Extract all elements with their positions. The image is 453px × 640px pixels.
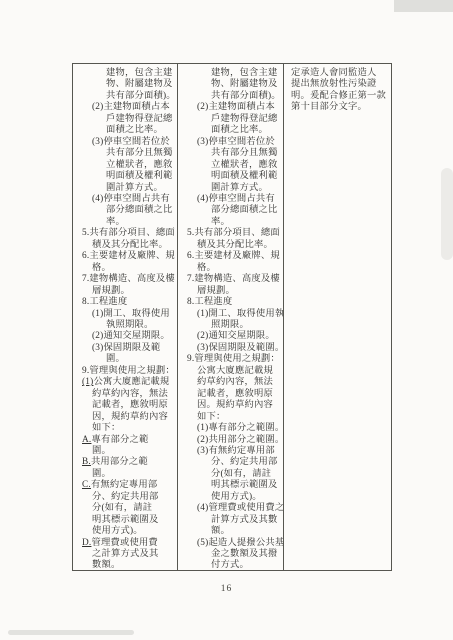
document-page: 建物，包含主建物、附屬建物及共有部分面積)。(2)主建物面積占本戶建物得登記總面…	[0, 0, 453, 640]
text-line: 執照期限。	[82, 320, 175, 331]
text-line: 積及其分配比率。	[187, 240, 281, 251]
text-line: (2)主建物面積占本	[82, 102, 175, 113]
text-line: 部分總面積之比	[82, 205, 175, 216]
column-current-text: 建物，包含主建物、附屬建物及共有部分面積)。(2)主建物面積占本戶建物得登記總面…	[178, 64, 284, 570]
text-line: (2)主建物面積占本	[187, 102, 281, 113]
text-line: 9.管理與使用之規劃：	[187, 354, 281, 365]
text-line: (3)保固期限及範圍。	[187, 343, 281, 354]
text-line: 分(如有，請註	[82, 503, 175, 514]
text-line: D.管理費或使用費	[82, 538, 175, 549]
text-line: (1)專有部分之範圍。	[187, 423, 281, 434]
scan-smudge-bottom-left	[8, 630, 134, 635]
text-line: 圍。	[82, 354, 175, 365]
text-line: 建物，包含主建	[82, 68, 175, 79]
text-line: 圍計算方式。	[187, 183, 281, 194]
text-line: 7.建物構造、高度及樓	[82, 274, 175, 285]
text-line: 物、附屬建物及	[187, 79, 281, 90]
text-line: 戶建物得登記總	[187, 114, 281, 125]
text-line: 共有部分面積)。	[82, 91, 175, 102]
text-line: 層規劃。	[82, 286, 175, 297]
text-line: 6.主要建材及廠牌、規	[82, 251, 175, 262]
text-line: B.共用部分之範	[82, 457, 175, 468]
text-line: 9.管理與使用之規劃：	[82, 366, 175, 377]
amendment-marker: B.	[82, 457, 91, 467]
text-line: 之計算方式及其	[82, 549, 175, 560]
scan-smudge-top-right	[394, 0, 453, 12]
text-line: 共有部分且無獨	[82, 148, 175, 159]
text-line: 分、約定共用部	[187, 457, 281, 468]
text-line: 金之數額及其撥	[187, 549, 281, 560]
text-line: (1)開工、取得使用	[82, 309, 175, 320]
text-line: (4)管理費或使用費之	[187, 503, 281, 514]
text-line: 明面積及權利範	[82, 171, 175, 182]
text-line: 付方式。	[187, 560, 281, 570]
text-line: 6.主要建材及廠牌、規	[187, 251, 281, 262]
text-line: 公寓大廈應記載規	[187, 366, 281, 377]
text-line: (1)公寓大廈應記載規	[82, 377, 175, 388]
text-line: 分、約定共用部	[82, 492, 175, 503]
text-line: 明。爰配合修正第一款	[291, 91, 389, 102]
text-line: 定承造人會同監造人	[291, 68, 389, 79]
text-line: 明面積及權利範	[187, 171, 281, 182]
text-line: 記載者，應敘明原	[82, 400, 175, 411]
text-line: 明其標示範圍及	[187, 480, 281, 491]
text-line: 分(如有，請註	[187, 469, 281, 480]
text-line: (3)有無約定專用部	[187, 446, 281, 457]
text-line: 額。	[187, 526, 281, 537]
text-line: 率。	[187, 217, 281, 228]
amendment-marker: D.	[82, 538, 91, 548]
text-line: 計算方式及其數	[187, 515, 281, 526]
text-line: 提出無放射性污染證	[291, 79, 389, 90]
text-line: 如下：	[82, 423, 175, 434]
text-line: (2)通知交屋期限。	[82, 331, 175, 342]
text-line: 立權狀者，應敘	[82, 160, 175, 171]
text-line: 物、附屬建物及	[82, 79, 175, 90]
text-line: 格。	[187, 263, 281, 274]
text-line: 面積之比率。	[187, 125, 281, 136]
text-line: 如下：	[187, 412, 281, 423]
text-line: 8.工程進度	[82, 297, 175, 308]
text-line: 明其標示範圍及	[82, 515, 175, 526]
text-line: 面積之比率。	[82, 125, 175, 136]
amendment-marker: (1)	[82, 377, 93, 387]
text-line: (5)起造人提撥公共基	[187, 538, 281, 549]
text-line: 共有部分面積)。	[187, 91, 281, 102]
text-line: 數額。	[82, 560, 175, 570]
page-number: 16	[0, 584, 453, 594]
text-line: 因，規約草約內容	[82, 412, 175, 423]
text-line: 5.共有部分項目、總面	[82, 228, 175, 239]
text-line: 立權狀者，應敘	[187, 160, 281, 171]
text-line: 圍。	[82, 469, 175, 480]
text-line: (1)開工、取得使用執	[187, 309, 281, 320]
amendment-marker: C.	[82, 480, 91, 490]
text-line: 部分總面積之比	[187, 205, 281, 216]
text-line: 戶建物得登記總	[82, 114, 175, 125]
column-explanation: 定承造人會同監造人提出無放射性污染證明。爰配合修正第一款第十目部分文字。	[284, 64, 391, 570]
text-line: (2)通知交屋期限。	[187, 331, 281, 342]
text-line: 格。	[82, 263, 175, 274]
text-line: C.有無約定專用部	[82, 480, 175, 491]
text-line: 層規劃。	[187, 286, 281, 297]
text-line: 8.工程進度	[187, 297, 281, 308]
amendment-marker: A.	[82, 435, 91, 445]
text-line: 使用方式)。	[82, 526, 175, 537]
text-line: 圍。	[82, 446, 175, 457]
text-line: 記載者，應敘明原	[187, 389, 281, 400]
text-line: (3)保固期限及範	[82, 343, 175, 354]
text-line: 5.共有部分項目、總面	[187, 228, 281, 239]
text-line: (4)停車空間占共有	[82, 194, 175, 205]
text-line: (3)停車空間若位於	[82, 137, 175, 148]
column-amended-text: 建物，包含主建物、附屬建物及共有部分面積)。(2)主建物面積占本戶建物得登記總面…	[73, 64, 178, 570]
text-line: 約草約內容，無法	[187, 377, 281, 388]
scan-smudge-right-edge	[441, 168, 453, 260]
text-line: 使用方式)。	[187, 492, 281, 503]
text-line: (3)停車空間若位於	[187, 137, 281, 148]
text-line: 共有部分且無獨	[187, 148, 281, 159]
text-line: 7.建物構造、高度及樓	[187, 274, 281, 285]
amendment-comparison-table: 建物，包含主建物、附屬建物及共有部分面積)。(2)主建物面積占本戶建物得登記總面…	[72, 63, 392, 571]
text-line: 率。	[82, 217, 175, 228]
text-line: 積及其分配比率。	[82, 240, 175, 251]
text-line: 建物，包含主建	[187, 68, 281, 79]
text-line: A.專有部分之範	[82, 435, 175, 446]
text-line: 照期限。	[187, 320, 281, 331]
text-line: (4)停車空間占共有	[187, 194, 281, 205]
text-line: 第十目部分文字。	[291, 102, 389, 113]
text-line: 因。規約草約內容	[187, 400, 281, 411]
text-line: 約草約內容，無法	[82, 389, 175, 400]
text-line: 圍計算方式。	[82, 183, 175, 194]
text-line: (2)共用部分之範圍。	[187, 435, 281, 446]
